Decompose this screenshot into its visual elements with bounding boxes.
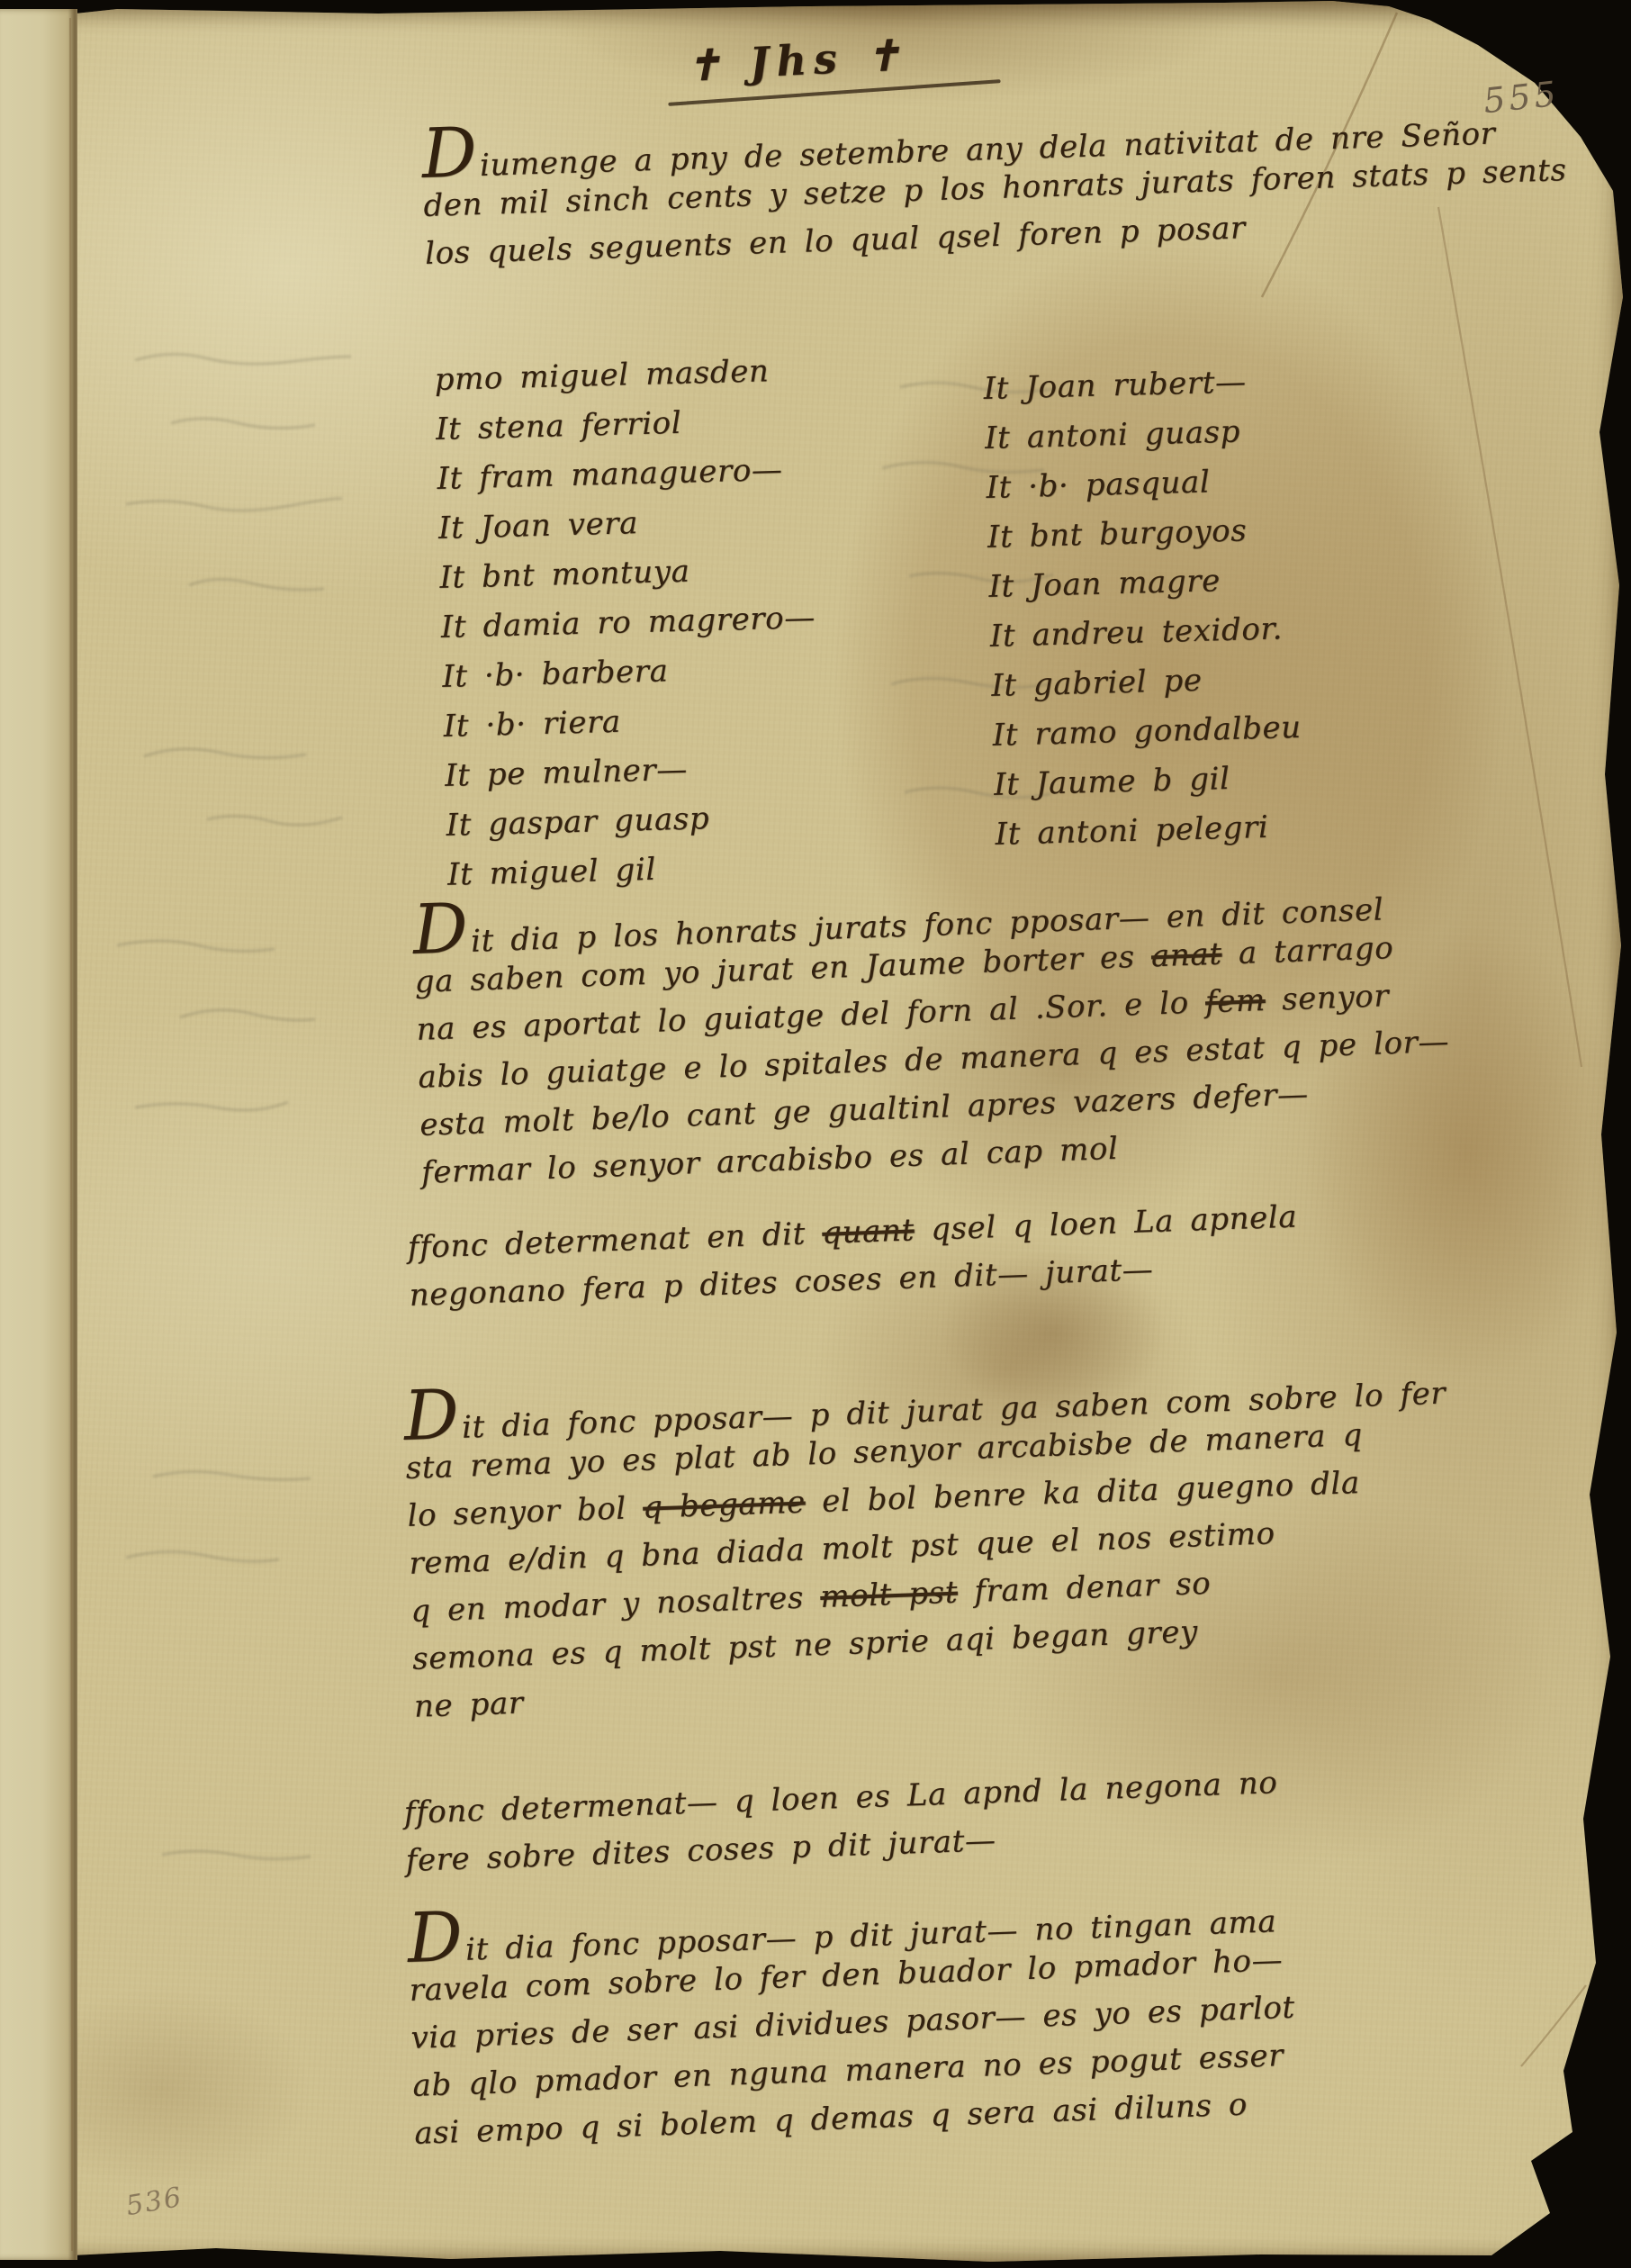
struck-word: molt pst	[820, 1575, 959, 1615]
struck-word: quant	[822, 1212, 915, 1251]
text-segment: a tarrago	[1221, 930, 1394, 972]
list-item: It ·b· pasqual	[986, 456, 1295, 514]
struck-word: anat	[1150, 936, 1222, 975]
list-item: It andreu texidor.	[989, 605, 1299, 663]
text-segment: senyor	[1265, 978, 1390, 1018]
list-item: It Jaume b gil	[994, 754, 1303, 811]
list-item: It bnt burgoyos	[987, 506, 1296, 564]
text-segment: q en modar y nosaltres	[410, 1579, 821, 1630]
jurors-list-left: pmo miguel masden It stena ferriol It fr…	[434, 347, 823, 901]
manuscript-photo: ✝ Jhs ✝ 555 Diumenge a pny de setembre a…	[0, 0, 1631, 2268]
list-item: It ramo gondalbeu	[992, 704, 1302, 762]
text-segment: fram denar so	[957, 1566, 1212, 1611]
text-segment: lo senyor bol	[407, 1490, 644, 1534]
list-item: It gabriel pe	[991, 655, 1301, 712]
struck-word: fem	[1204, 982, 1266, 1020]
paragraph-council-3: Dit dia fonc pposar— p dit jurat— no tin…	[407, 1889, 1299, 2158]
text-segment: ffonc determenat en dit	[407, 1215, 823, 1266]
list-item: It antoni pelegri	[995, 803, 1304, 861]
list-item: It Joan rubert—	[983, 357, 1293, 415]
jurors-list-right: It Joan rubert— It antoni guasp It ·b· p…	[983, 357, 1304, 861]
list-item: It miguel gil	[446, 842, 822, 901]
struck-word: q begame	[642, 1484, 806, 1525]
text-segment: qsel q loen La apnela	[914, 1198, 1298, 1248]
list-item: It antoni guasp	[984, 407, 1293, 465]
list-item: It Joan magre	[988, 556, 1298, 613]
paragraph-council-1: Dit dia p los honrats jurats fonc pposar…	[412, 875, 1454, 1197]
page-gutter	[0, 9, 77, 2260]
paragraph-council-2: Dit dia fonc pposar— p dit jurat ga sabe…	[403, 1361, 1456, 1731]
